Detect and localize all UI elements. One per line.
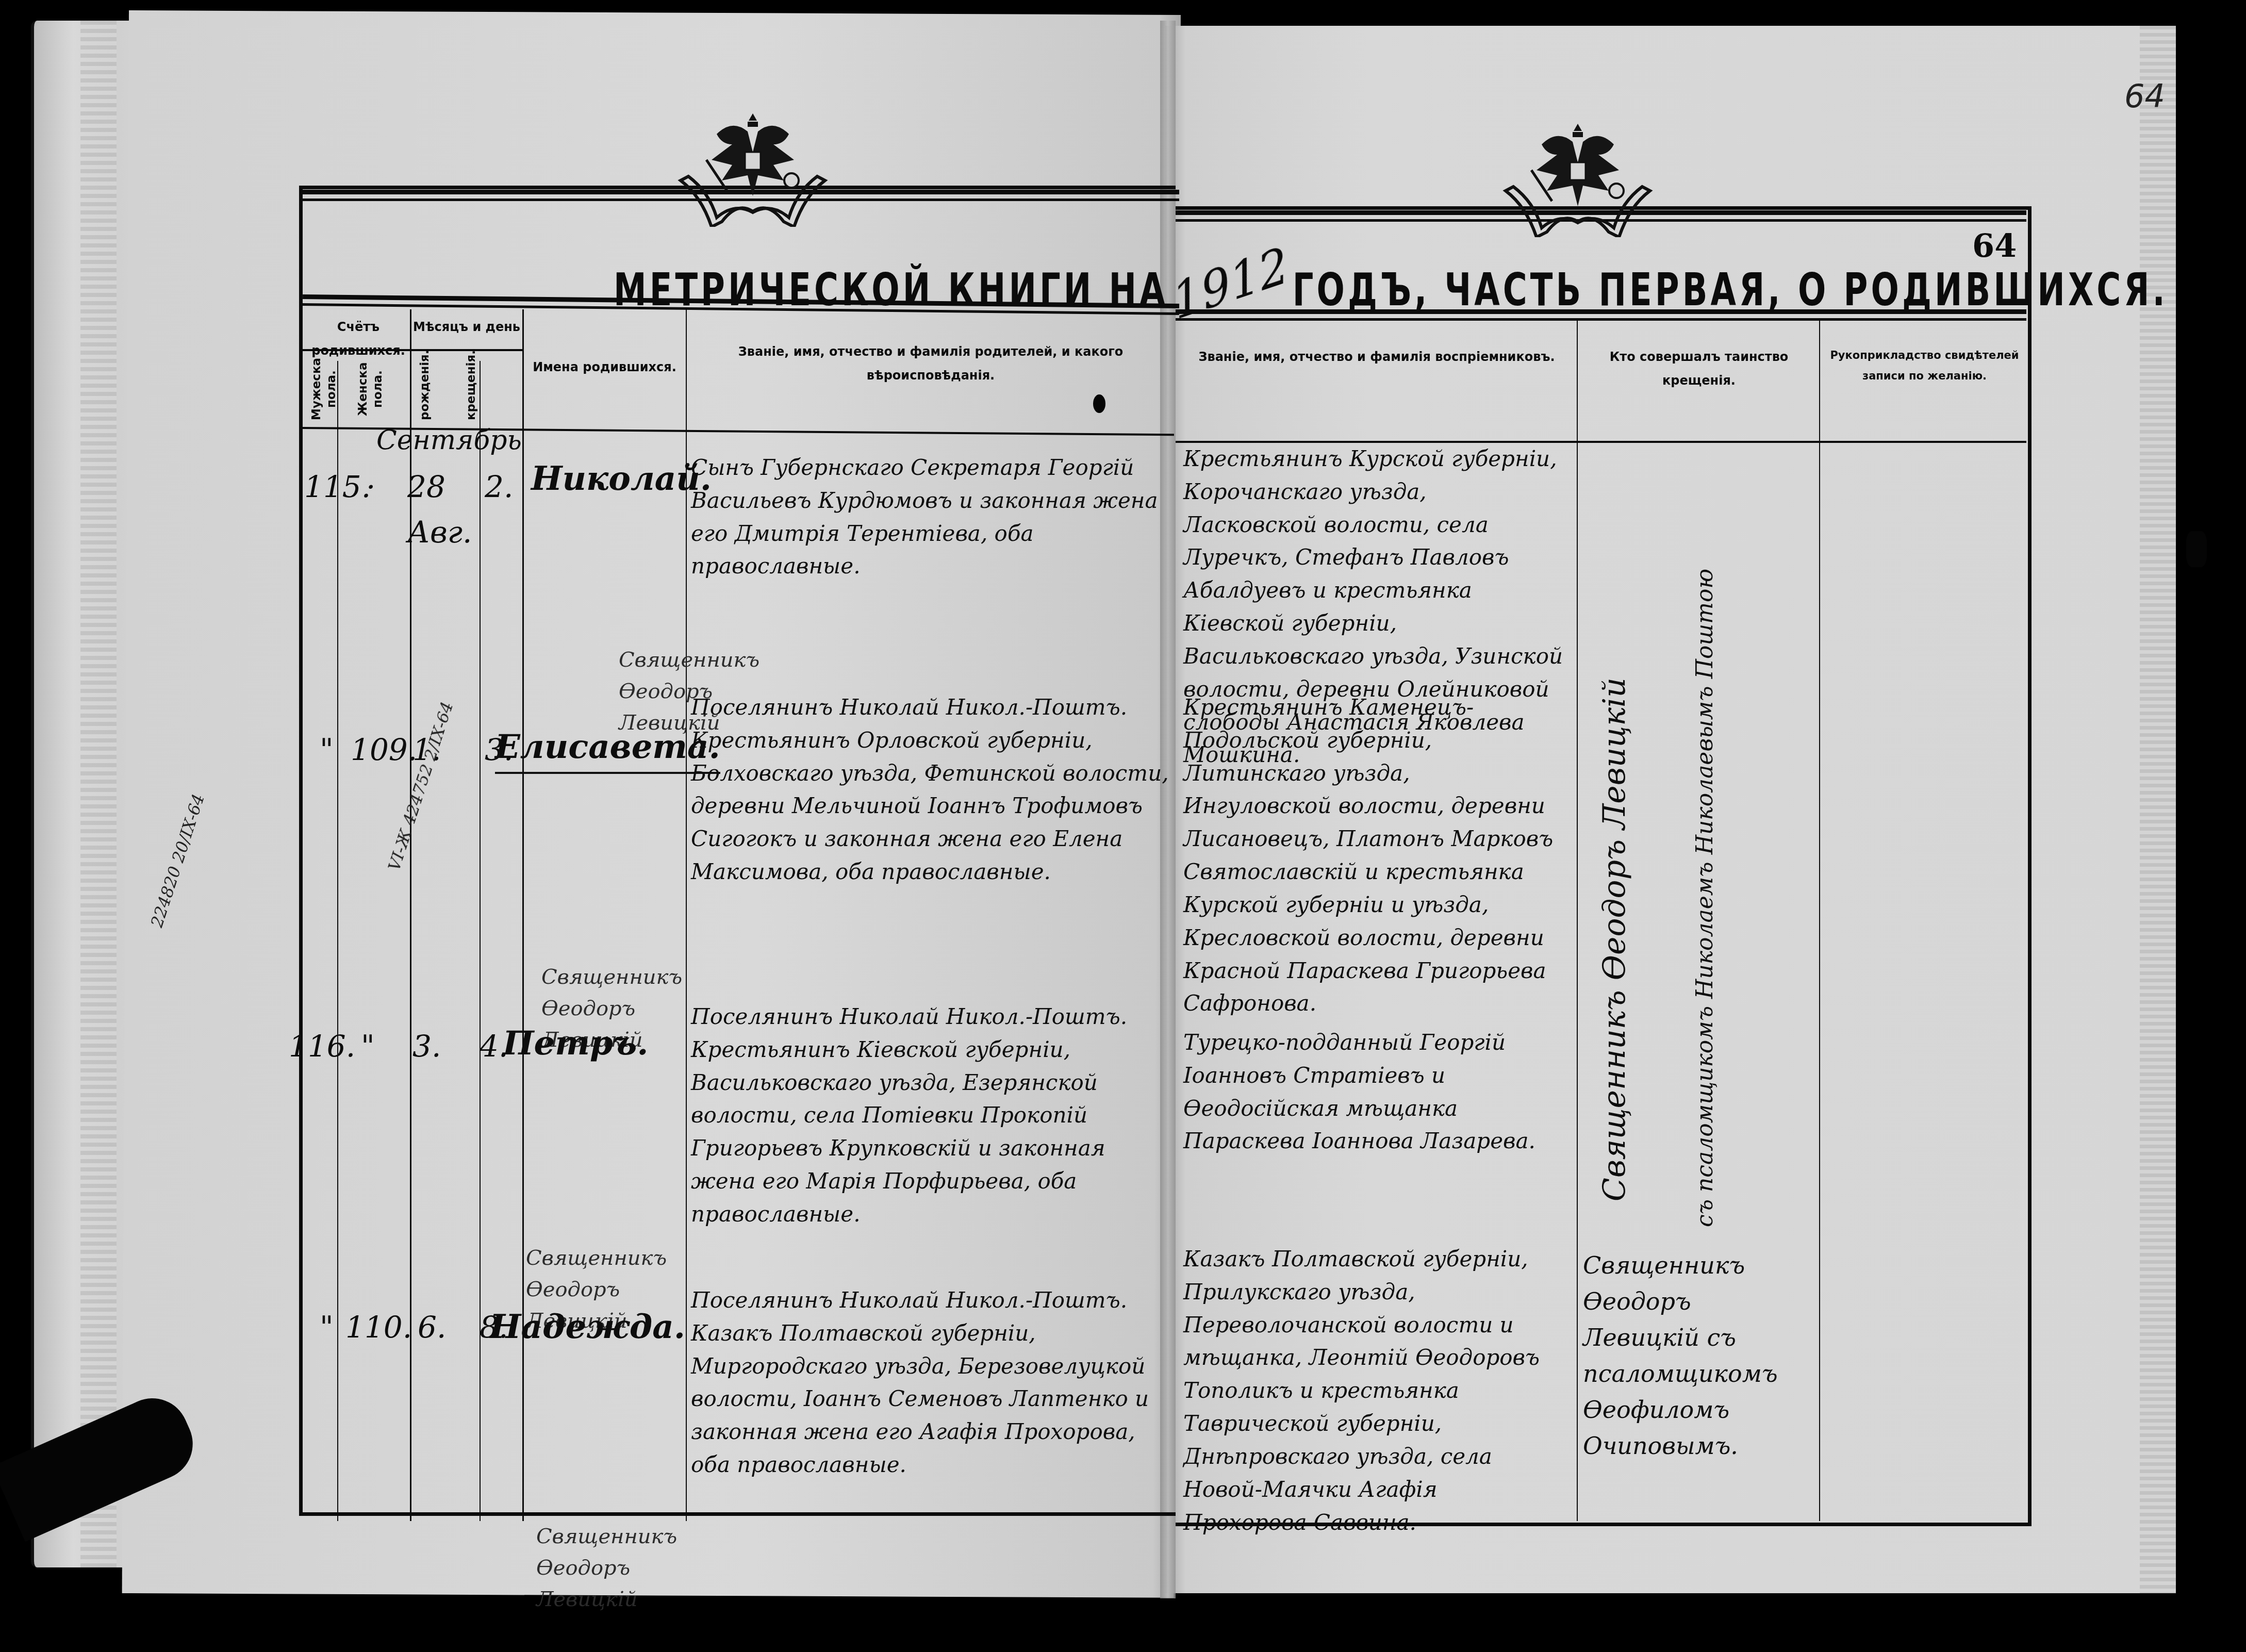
female-number: 110. xyxy=(345,1304,412,1350)
ink-blot xyxy=(2186,531,2207,567)
col-divider xyxy=(1577,320,1578,1521)
header-parents: Званіе, имя, отчество и фамилія родителе… xyxy=(693,340,1168,387)
header-birth: рожденія. xyxy=(418,358,443,420)
godparents-text: Казакъ Полтавской губерніи, Прилукскаго … xyxy=(1183,1243,1565,1539)
col-divider xyxy=(1819,320,1820,1521)
birth-day: 3. xyxy=(412,1023,441,1069)
female-number: 109. xyxy=(351,727,417,772)
register-title: МЕТРИЧЕСКОЙ КНИГИ НА1912ГОДЪ, ЧАСТЬ ПЕРВ… xyxy=(614,247,2168,321)
header-names-of-born: Имена родившихся. xyxy=(523,356,686,379)
header-month-and-day: Мѣсяцъ и день xyxy=(412,316,521,339)
header-count-of-born: Счётъ родившихся. xyxy=(307,316,410,362)
godparents-text: Турецко-подданный Георгій Іоанновъ Страт… xyxy=(1183,1026,1565,1158)
male-number: 116. xyxy=(289,1023,355,1069)
birth-day: 6. xyxy=(418,1304,446,1350)
parents-text: Сынъ Губернскаго Секретаря Георгій Васил… xyxy=(691,451,1170,583)
title-prefix: МЕТРИЧЕСКОЙ КНИГИ НА xyxy=(614,265,1168,316)
imperial-eagle-emblem-left xyxy=(670,103,835,227)
officiant-vertical-line-1: Священникъ Өеодоръ Левицкій xyxy=(1588,454,1641,1201)
officiant-vertical-line-2: съ псаломщикомъ Николаемъ Николаевымъ По… xyxy=(1686,454,1725,1227)
birth-day: 28 Авг. xyxy=(407,464,474,555)
header-male: Мужеска пола. xyxy=(309,358,335,420)
baptism-day: 2. xyxy=(485,464,513,509)
male-number: " xyxy=(320,727,334,772)
child-name: Петръ. xyxy=(503,1018,648,1068)
handwritten-page-number: 64 xyxy=(2124,77,2165,115)
child-name: Надежда. xyxy=(490,1302,685,1352)
female-number: " xyxy=(361,1023,375,1069)
registrar-signature: Священникъ Өеодоръ Левицкій xyxy=(536,1521,677,1615)
imperial-eagle-emblem-right xyxy=(1495,113,1660,237)
child-name: Елисавета. xyxy=(495,722,720,774)
child-name: Николай. xyxy=(531,454,712,504)
month-label: Сентябрь xyxy=(376,420,522,461)
header-officiant: Кто совершалъ таинство крещенія. xyxy=(1583,345,1815,392)
ink-blot xyxy=(1093,394,1105,413)
handwritten-year: 1912 xyxy=(1168,236,1293,332)
header-baptism: крещенія. xyxy=(464,358,490,420)
title-suffix: ГОДЪ, ЧАСТЬ ПЕРВАЯ, О РОДИВШИХСЯ. xyxy=(1293,265,2168,316)
male-number: " xyxy=(320,1304,334,1350)
header-godparents: Званіе, имя, отчество и фамилія воспріем… xyxy=(1186,345,1567,369)
male-number: 115. xyxy=(304,464,371,509)
header-female: Женска пола. xyxy=(356,358,382,420)
double-headed-eagle-icon xyxy=(1495,113,1660,237)
header-witness-signatures: Рукоприкладство свидѣтелей записи по жел… xyxy=(1823,345,2026,387)
printed-page-number: 64 xyxy=(1972,227,2017,265)
officiant-text: Священникъ Өеодоръ Левицкій съ псаломщик… xyxy=(1583,1248,1810,1464)
col-divider xyxy=(337,361,338,1521)
godparents-text: Крестьянинъ Каменецъ-Подольской губерніи… xyxy=(1183,691,1565,1020)
female-number: · xyxy=(366,464,375,509)
parents-text: Поселянинъ Николай Никол.-Поштъ. Казакъ … xyxy=(691,1284,1170,1481)
parents-text: Поселянинъ Николай Никол.-Поштъ. Крестья… xyxy=(691,1000,1170,1231)
parents-text: Поселянинъ Николай Никол.-Поштъ. Крестья… xyxy=(691,691,1170,888)
double-headed-eagle-icon xyxy=(670,103,835,227)
